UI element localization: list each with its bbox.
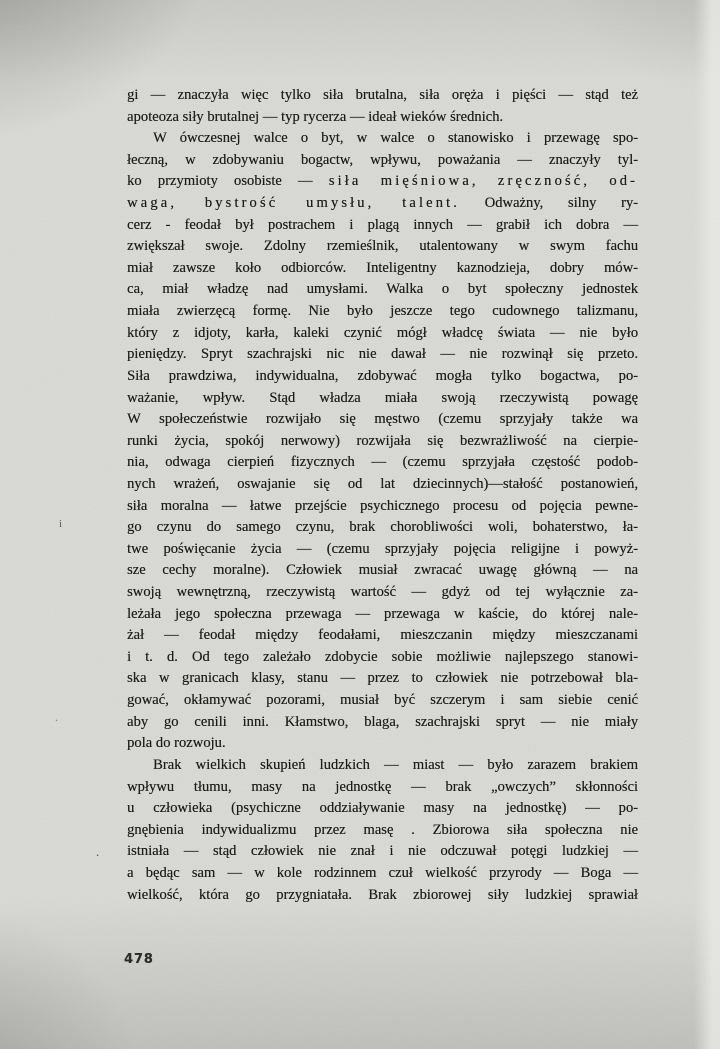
- text-line: W społeczeństwie rozwijało się męstwo (c…: [127, 409, 638, 431]
- text-line: runki życia, spokój nerwowy) rozwijała s…: [127, 431, 638, 453]
- text-line: a będąc sam — w kole rodzinnem czuł wiel…: [127, 863, 638, 885]
- text-line: Brak wielkich skupień ludzkich — miast —…: [127, 755, 638, 777]
- text-line: gi — znaczyła więc tylko siła brutalna, …: [127, 85, 638, 107]
- text-line: ważanie, wpływ. Stąd władza miała swoją …: [127, 388, 638, 410]
- text-line: Siła prawdziwa, indywidualna, zdobywać m…: [127, 366, 638, 388]
- margin-artifact: i: [59, 518, 62, 530]
- margin-artifact: .: [55, 710, 58, 725]
- text-line: i t. d. Od tego zależało zdobycie sobie …: [127, 647, 638, 669]
- text-line: waga, bystrość umysłu, talent. Odważny, …: [127, 193, 638, 215]
- text-line: ko przymioty osobiste — siła mięśniowa, …: [127, 171, 638, 193]
- text-line: leżała jego społeczna przewaga — przewag…: [127, 604, 638, 626]
- text-line: ska w granicach klasy, stanu — przez to …: [127, 668, 638, 690]
- text-segment: ko przymioty osobiste —: [127, 173, 329, 189]
- text-line: łeczną, w zdobywaniu bogactw, wpływu, po…: [127, 150, 638, 172]
- text-line: gnębienia indywidualizmu przez masę . Zb…: [127, 820, 638, 842]
- text-line: twe poświęcanie życia — (czemu sprzyjały…: [127, 539, 638, 561]
- text-line: cerz - feodał był postrachem i plagą inn…: [127, 215, 638, 237]
- emphasized-spaced-text: waga, bystrość umysłu, talent.: [127, 195, 460, 211]
- text-line: swoją wewnętrzną, rzeczywistą wartość — …: [127, 582, 638, 604]
- text-line: wielkość, która go przygniatała. Brak zb…: [127, 885, 638, 907]
- text-line: sze cechy moralne). Człowiek musiał zwra…: [127, 560, 638, 582]
- text-line: który z idjoty, karła, kaleki czynić móg…: [127, 323, 638, 345]
- text-line: apoteoza siły brutalnej — typ rycerza — …: [127, 107, 638, 129]
- text-line: pieniędzy. Spryt szachrajski nic nie daw…: [127, 344, 638, 366]
- text-line: istniała — stąd człowiek nie znał i nie …: [127, 841, 638, 863]
- text-line: siła moralna — łatwe przejście psychiczn…: [127, 496, 638, 518]
- text-line: pola do rozwoju.: [127, 733, 638, 755]
- text-line: W ówczesnej walce o byt, w walce o stano…: [127, 128, 638, 150]
- text-line: aby go cenili inni. Kłamstwo, blaga, sza…: [127, 712, 638, 734]
- text-line: miał zawsze koło odbiorców. Inteligentny…: [127, 258, 638, 280]
- page-number: 478: [124, 952, 154, 967]
- text-segment: Odważny, silny ry-: [460, 195, 638, 211]
- text-line: nia, odwaga cierpień fizycznych — (czemu…: [127, 452, 638, 474]
- text-line: ca, miał władzę nad umysłami. Walka o by…: [127, 279, 638, 301]
- text-line: wpływu tłumu, masy na jednostkę — brak „…: [127, 777, 638, 799]
- margin-artifact: .: [96, 844, 99, 860]
- text-line: gować, okłamywać pozorami, musiał być sz…: [127, 690, 638, 712]
- text-line: u człowieka (psychiczne oddziaływanie ma…: [127, 798, 638, 820]
- text-block: gi — znaczyła więc tylko siła brutalna, …: [127, 85, 638, 906]
- text-line: go czynu do samego czynu, brak chorobliw…: [127, 517, 638, 539]
- text-line: żał — feodał między feodałami, mieszczan…: [127, 625, 638, 647]
- text-line: miała zwierzęcą formę. Nie było jeszcze …: [127, 301, 638, 323]
- emphasized-spaced-text: siła mięśniowa, zręczność, od-: [329, 173, 638, 189]
- text-line: nych wrażeń, oswajanie się od lat dzieci…: [127, 474, 638, 496]
- text-line: zwiększał swoje. Zdolny rzemieślnik, uta…: [127, 236, 638, 258]
